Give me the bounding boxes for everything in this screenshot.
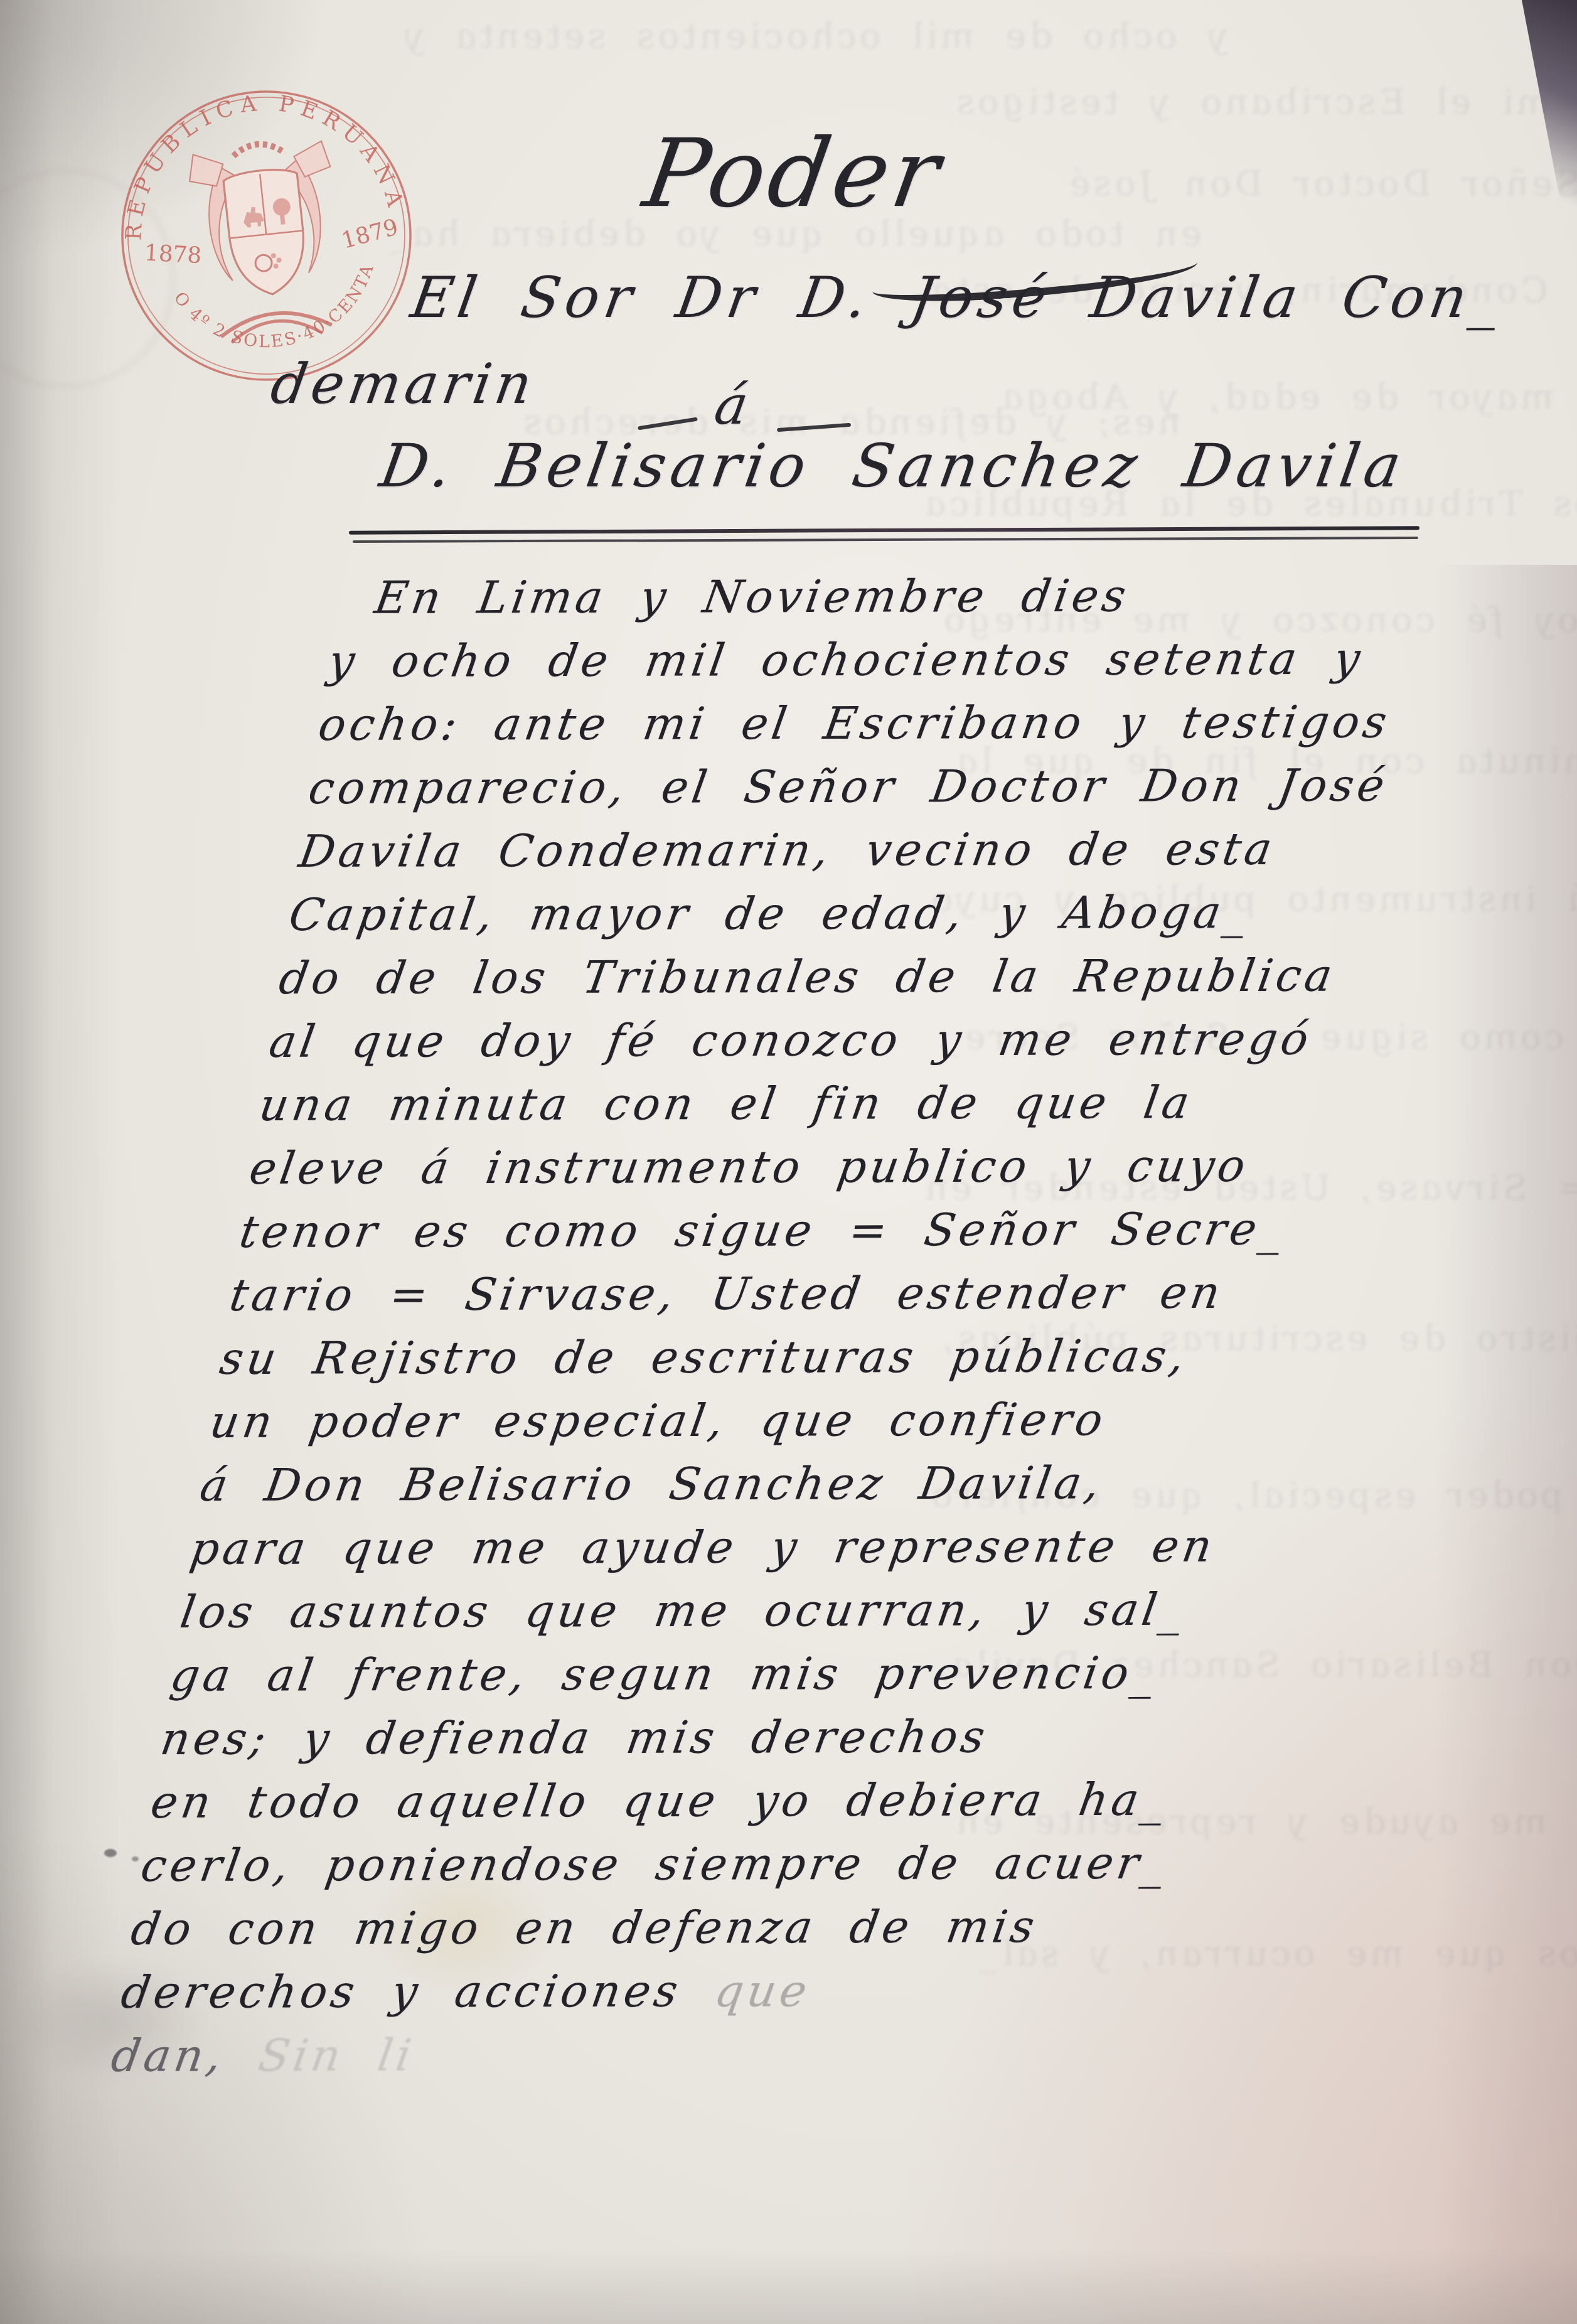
line-text: tenor es como sigue = Señor Secre_ xyxy=(236,1203,1290,1258)
manuscript-line: ga al frente, segun mis prevencio_ xyxy=(166,1641,1306,1707)
faded-line-text: Sin li xyxy=(255,2029,419,2082)
manuscript-line: al que doy fé conozco y me entregó xyxy=(265,1007,1404,1073)
photo-background-corner xyxy=(1477,0,1577,289)
grantee-name: D. Belisario Sanchez Davila xyxy=(375,432,1411,501)
ink-blot xyxy=(132,1856,139,1861)
separator-rule-bottom xyxy=(353,537,1418,543)
bleedthrough-text: y ocho de mil ochocientos setenta y xyxy=(398,16,1232,56)
line-text: su Rejistro de escrituras públicas, xyxy=(217,1330,1192,1384)
ink-blot xyxy=(104,1849,117,1857)
faded-line-text: que xyxy=(711,1964,814,2016)
manuscript-line: dan, Sin li xyxy=(107,2021,1246,2087)
line-text: á Don Belisario Sanchez Davila, xyxy=(196,1457,1107,1511)
manuscript-line: ocho: ante mi el Escribano y testigos xyxy=(314,690,1454,756)
separator-rule-top xyxy=(349,526,1419,534)
manuscript-line: En Lima y Noviembre dies xyxy=(334,563,1473,629)
manuscript-line: en todo aquello que yo debiera ha_ xyxy=(146,1767,1286,1834)
manuscript-line: un poder especial, que confiero xyxy=(206,1387,1345,1454)
line-text: una minuta con el fin de que la xyxy=(256,1076,1197,1131)
line-text: dan, xyxy=(108,2029,264,2082)
line-text: En Lima y Noviembre dies xyxy=(372,570,1133,624)
line-text: eleve á instrumento publico y cuyo xyxy=(246,1140,1253,1194)
manuscript-line: do con migo en defenza de mis xyxy=(127,1894,1266,1961)
line-text: los asuntos que me ocurran, y sal_ xyxy=(177,1583,1190,1638)
manuscript-line: tenor es como sigue = Señor Secre_ xyxy=(235,1197,1375,1263)
seal-year-left: 1878 xyxy=(144,240,202,269)
manuscript-line: comparecio, el Señor Doctor Don José xyxy=(304,753,1444,820)
line-text: Capital, mayor de edad, y Aboga_ xyxy=(286,886,1254,941)
manuscript-line: cerlo, poniendose siempre de acuer_ xyxy=(137,1831,1276,1897)
flourish-dash xyxy=(777,423,851,432)
line-text: en todo aquello que yo debiera ha_ xyxy=(147,1774,1172,1828)
line-text: derechos y acciones xyxy=(118,1965,720,2018)
manuscript-line: una minuta con el fin de que la xyxy=(255,1070,1394,1137)
bleedthrough-text: comparecio, el Señor Doctor Don José xyxy=(1064,163,1577,204)
manuscript-line: su Rejistro de escrituras públicas, xyxy=(215,1324,1355,1390)
seal-year-right: 1879 xyxy=(339,214,401,254)
manuscript-line: Davila Condemarin, vecino de esta xyxy=(294,817,1434,883)
line-text: al que doy fé conozco y me entregó xyxy=(266,1013,1316,1068)
manuscript-line: tario = Sirvase, Usted estender en xyxy=(225,1260,1365,1327)
line-text: do con migo en defenza de mis xyxy=(127,1900,1042,1955)
manuscript-line: nes; y defienda mis derechos xyxy=(156,1704,1296,1770)
manuscript-line: Capital, mayor de edad, y Aboga_ xyxy=(285,880,1425,946)
document-title: Poder xyxy=(637,119,950,228)
flourish-dash xyxy=(638,417,698,431)
manuscript-line: eleve á instrumento publico y cuyo xyxy=(245,1133,1385,1200)
manuscript-line: los asuntos que me ocurran, y sal_ xyxy=(176,1577,1316,1644)
grantor-name-line2: demarin xyxy=(267,351,541,416)
line-text: un poder especial, que confiero xyxy=(206,1393,1110,1448)
line-text: nes; y defienda mis derechos xyxy=(157,1711,992,1765)
line-text: ocho: ante mi el Escribano y testigos xyxy=(315,696,1394,751)
line-text: cerlo, poniendose siempre de acuer_ xyxy=(137,1837,1172,1892)
line-text: comparecio, el Señor Doctor Don José xyxy=(305,759,1391,814)
revenue-seal: REPUBLICA PERUANA SELLO 4º 2 SOLES·40·CE… xyxy=(102,71,430,400)
line-text: Davila Condemarin, vecino de esta xyxy=(296,823,1280,877)
paper-bottom-shadow xyxy=(0,2249,1577,2324)
line-text: do de los Tribunales de la Republica xyxy=(275,950,1339,1004)
manuscript-page: y ocho de mil ochocientos setenta yocho:… xyxy=(0,0,1577,2324)
manuscript-line: y ocho de mil ochocientos setenta y xyxy=(324,626,1464,693)
line-text: para que me ayude y represente en xyxy=(187,1520,1219,1575)
manuscript-line: á Don Belisario Sanchez Davila, xyxy=(196,1450,1335,1517)
bleedthrough-text: Capital, mayor de edad, y Aboga_ xyxy=(976,377,1577,417)
bleedthrough-text: ocho: ante mi el Escribano y testigos xyxy=(951,82,1577,122)
preposition-a: á xyxy=(710,374,752,437)
manuscript-line: do de los Tribunales de la Republica xyxy=(275,943,1414,1010)
grantor-name-line1: El Sor Dr D. José Davila Con_ xyxy=(407,265,1510,331)
manuscript-body: En Lima y Noviembre diesy ocho de mil oc… xyxy=(107,563,1473,2087)
line-text: ga al frente, segun mis prevencio_ xyxy=(167,1647,1162,1701)
line-text: tario = Sirvase, Usted estender en xyxy=(227,1266,1227,1321)
line-text: y ocho de mil ochocientos setenta y xyxy=(325,633,1367,687)
manuscript-line: para que me ayude y represente en xyxy=(186,1514,1325,1580)
manuscript-line: derechos y acciones que xyxy=(117,1957,1256,2024)
